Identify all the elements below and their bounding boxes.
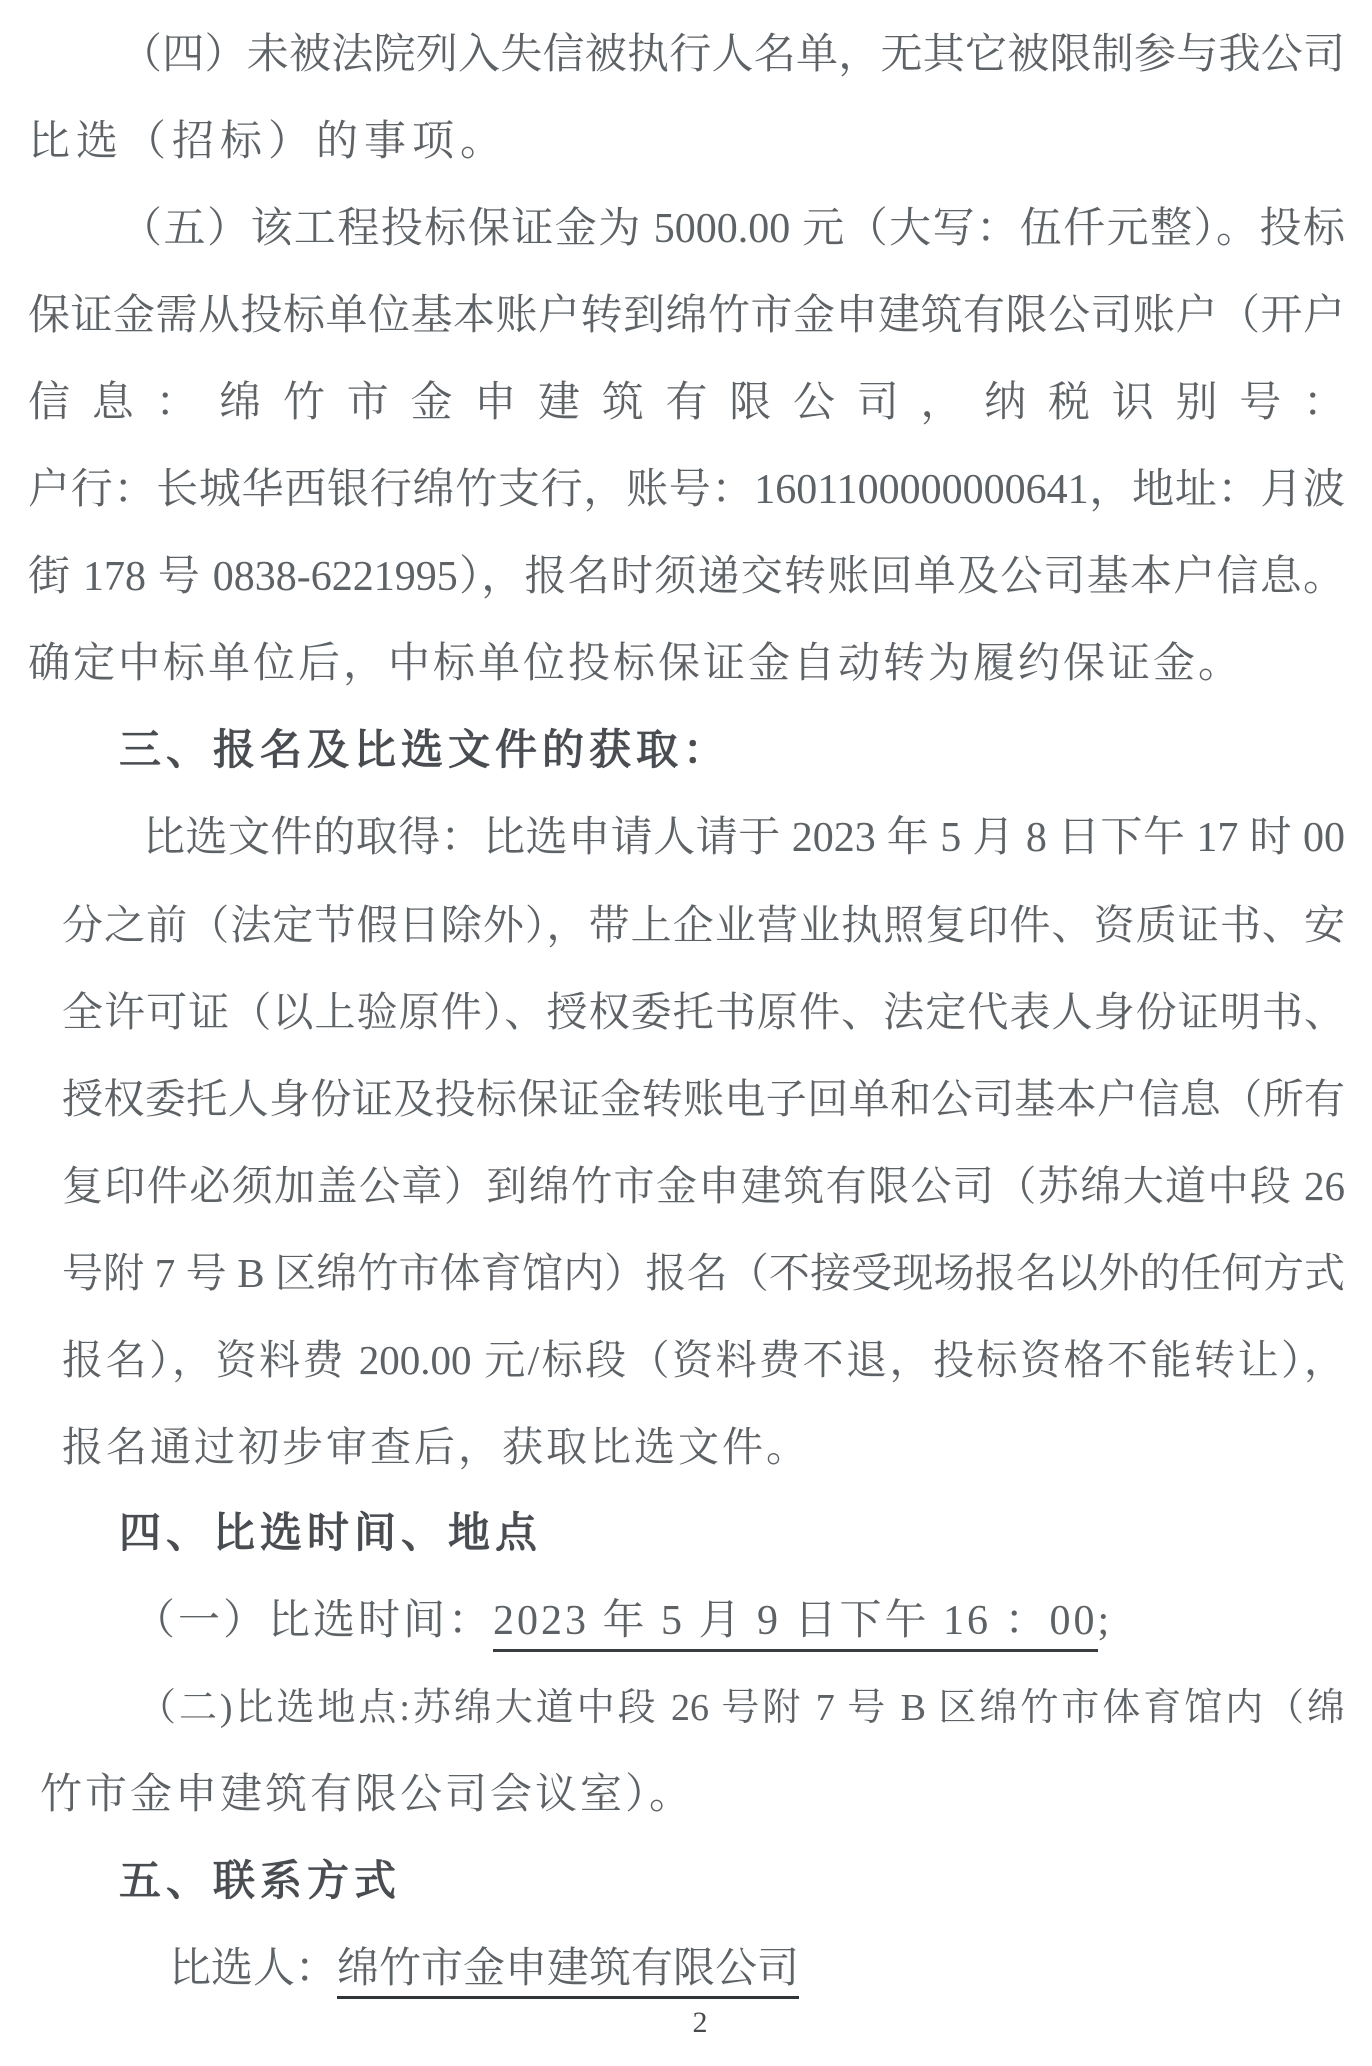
item4-line-2: 比选（招标）的事项。 [28, 99, 1345, 186]
bidder-underlined-company-name: 绵竹市金申建筑有限公司 [337, 1946, 799, 1999]
item5-line-2: 保证金需从投标单位基本账户转到绵竹市金申建筑有限公司账户（开户 [28, 273, 1345, 360]
section-5-heading: 五、联系方式 [119, 1839, 1372, 1926]
page-number: 2 [0, 1998, 1372, 2048]
section-3-heading: 三、报名及比选文件的获取： [119, 708, 1372, 795]
item5-line-1: （五）该工程投标保证金为 5000.00 元（大写：伍仟元整）。投标 [120, 186, 1345, 273]
item5-line-3: 信息：绵竹市金申建筑有限公司，纳税识别号：91510683MA62357UXM,… [28, 360, 1345, 447]
section-3-line-2: 分之前（法定节假日除外），带上企业营业执照复印件、资质证书、安 [62, 882, 1345, 969]
bid-time-line: （一）比选时间：2023 年 5 月 9 日下午 16 ：00; [133, 1578, 1372, 1665]
section-3-line-4: 授权委托人身份证及投标保证金转账电子回单和公司基本户信息（所有 [62, 1056, 1345, 1143]
bid-time-label: （一）比选时间： [133, 1598, 493, 1644]
bid-time-underlined-value: 2023 年 5 月 9 日下午 16 ：00 [493, 1598, 1098, 1652]
bid-place-line-1: （二)比选地点:苏绵大道中段 26 号附 7 号 B 区绵竹市体育馆内（绵 [138, 1665, 1345, 1752]
section-4-heading: 四、比选时间、地点 [119, 1491, 1372, 1578]
section-3-line-6: 号附 7 号 B 区绵竹市体育馆内）报名（不接受现场报名以外的任何方式 [62, 1230, 1345, 1317]
bidder-label: 比选人： [169, 1946, 337, 1992]
section-3-line-8: 报名通过初步审查后，获取比选文件。 [62, 1404, 1345, 1491]
bid-time-suffix: ; [1098, 1598, 1113, 1644]
scanned-document-page: （四）未被法院列入失信被执行人名单，无其它被限制参与我公司 比选（招标）的事项。… [0, 0, 1372, 2066]
document-body: （四）未被法院列入失信被执行人名单，无其它被限制参与我公司 比选（招标）的事项。… [0, 12, 1372, 2013]
item4-line-1: （四）未被法院列入失信被执行人名单，无其它被限制参与我公司 [120, 12, 1345, 99]
item5-line-5: 街 178 号 0838-6221995），报名时须递交转账回单及公司基本户信息… [28, 534, 1345, 621]
bid-place-line-2: 竹市金申建筑有限公司会议室）。 [40, 1752, 1345, 1839]
item5-line-4: 户行：长城华西银行绵竹支行，账号：1601100000000641，地址：月波 [28, 447, 1345, 534]
section-3-line-3: 全许可证（以上验原件）、授权委托书原件、法定代表人身份证明书、 [62, 969, 1345, 1056]
section-3-line-1: 比选文件的取得：比选申请人请于 2023 年 5 月 8 日下午 17 时 00 [143, 795, 1345, 882]
item5-line-6: 确定中标单位后，中标单位投标保证金自动转为履约保证金。 [28, 621, 1345, 708]
section-3-line-5: 复印件必须加盖公章）到绵竹市金申建筑有限公司（苏绵大道中段 26 [62, 1143, 1345, 1230]
section-3-line-7: 报名），资料费 200.00 元/标段（资料费不退，投标资格不能转让）， [62, 1317, 1345, 1404]
